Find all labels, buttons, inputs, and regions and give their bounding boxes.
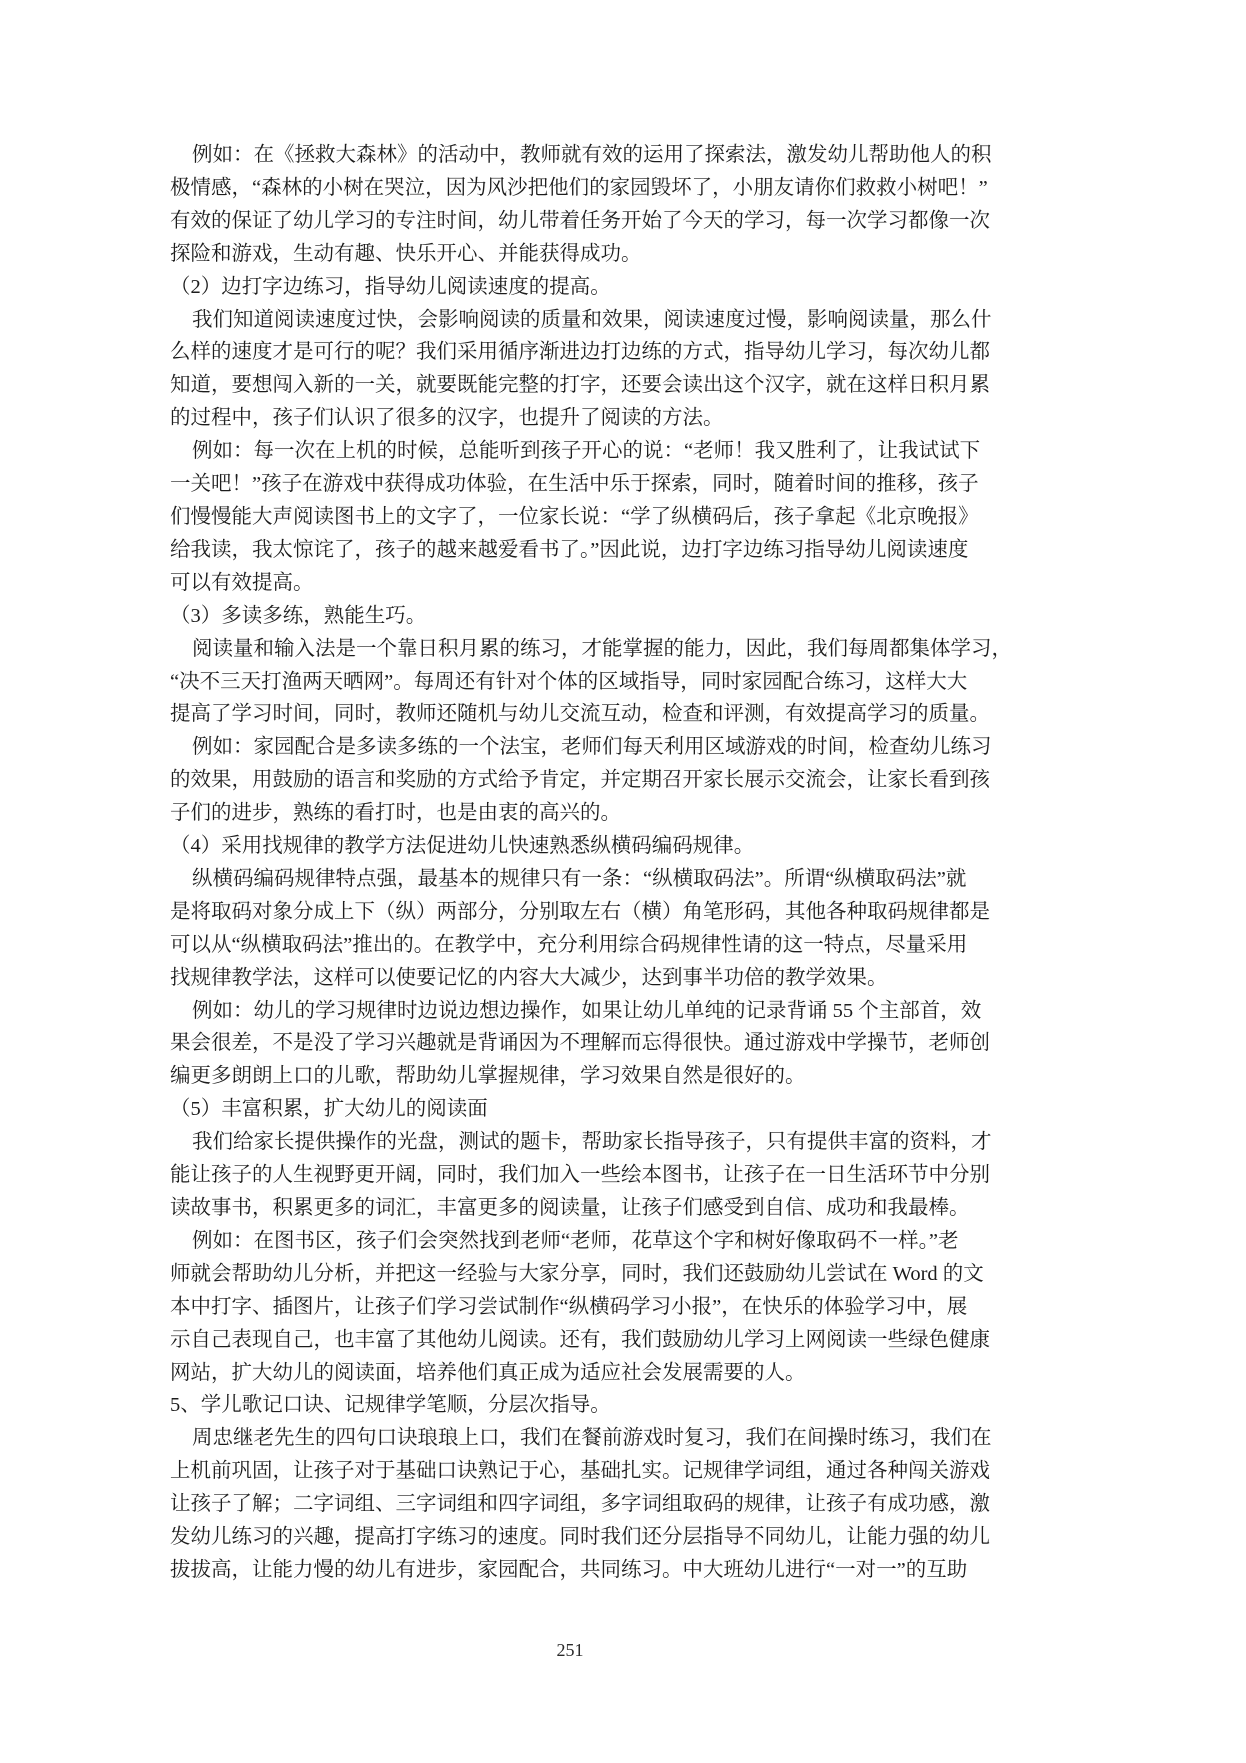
- text-line: 本中打字、插图片，让孩子们学习尝试制作“纵横码学习小报”，在快乐的体验学习中，展: [170, 1291, 970, 1324]
- text-line: “决不三天打渔两天晒网”。每周还有针对个体的区域指导，同时家园配合练习，这样大大: [170, 666, 970, 699]
- text-line: 找规律教学法，这样可以使要记忆的内容大大减少，达到事半功倍的教学效果。: [170, 962, 970, 995]
- text-line: 子们的进步，熟练的看打时，也是由衷的高兴的。: [170, 797, 970, 830]
- document-lines: 例如：在《拯救大森林》的活动中，教师就有效的运用了探索法，激发幼儿帮助他人的积极…: [170, 139, 970, 1587]
- text-line: 可以有效提高。: [170, 567, 970, 600]
- text-line: 能让孩子的人生视野更开阔，同时，我们加入一些绘本图书，让孩子在一日生活环节中分别: [170, 1159, 970, 1192]
- text-line: 们慢慢能大声阅读图书上的文字了，一位家长说：“学了纵横码后，孩子拿起《北京晚报》: [170, 501, 970, 534]
- text-line: 例如：家园配合是多读多练的一个法宝，老师们每天利用区域游戏的时间，检查幼儿练习: [170, 731, 970, 764]
- text-line: 例如：每一次在上机的时候，总能听到孩子开心的说：“老师！我又胜利了，让我试试下: [170, 435, 970, 468]
- text-line: （3）多读多练，熟能生巧。: [170, 600, 970, 633]
- text-line: 知道，要想闯入新的一关，就要既能完整的打字，还要会读出这个汉字，就在这样日积月累: [170, 369, 970, 402]
- text-line: 果会很差，不是没了学习兴趣就是背诵因为不理解而忘得很快。通过游戏中学操节，老师创: [170, 1027, 970, 1060]
- text-line: 示自己表现自己，也丰富了其他幼儿阅读。还有，我们鼓励幼儿学习上网阅读一些绿色健康: [170, 1324, 970, 1357]
- text-line: 是将取码对象分成上下（纵）两部分，分别取左右（横）角笔形码，其他各种取码规律都是: [170, 896, 970, 929]
- text-line: 我们给家长提供操作的光盘，测试的题卡，帮助家长指导孩子，只有提供丰富的资料，才: [170, 1126, 970, 1159]
- text-line: 一关吧！”孩子在游戏中获得成功体验，在生活中乐于探索，同时，随着时间的推移，孩子: [170, 468, 970, 501]
- text-line: 5、学儿歌记口诀、记规律学笔顺，分层次指导。: [170, 1389, 970, 1422]
- text-line: 探险和游戏，生动有趣、快乐开心、并能获得成功。: [170, 238, 970, 271]
- text-line: 的过程中，孩子们认识了很多的汉字，也提升了阅读的方法。: [170, 402, 970, 435]
- text-line: 么样的速度才是可行的呢？我们采用循序渐进边打边练的方式，指导幼儿学习，每次幼儿都: [170, 336, 970, 369]
- text-line: 的效果，用鼓励的语言和奖励的方式给予肯定，并定期召开家长展示交流会，让家长看到孩: [170, 764, 970, 797]
- text-line: 提高了学习时间，同时，教师还随机与幼儿交流互动，检查和评测，有效提高学习的质量。: [170, 698, 970, 731]
- text-line: 拔拔高，让能力慢的幼儿有进步，家园配合，共同练习。中大班幼儿进行“一对一”的互助: [170, 1554, 970, 1587]
- text-line: 给我读，我太惊诧了，孩子的越来越爱看书了。”因此说，边打字边练习指导幼儿阅读速度: [170, 534, 970, 567]
- text-line: 有效的保证了幼儿学习的专注时间，幼儿带着任务开始了今天的学习，每一次学习都像一次: [170, 205, 970, 238]
- text-line: 可以从“纵横取码法”推出的。在教学中，充分利用综合码规律性请的这一特点，尽量采用: [170, 929, 970, 962]
- text-line: 例如：在图书区，孩子们会突然找到老师“老师，花草这个字和树好像取码不一样。”老: [170, 1225, 970, 1258]
- text-line: 编更多朗朗上口的儿歌，帮助幼儿掌握规律，学习效果自然是很好的。: [170, 1060, 970, 1093]
- text-line: 上机前巩固，让孩子对于基础口诀熟记于心，基础扎实。记规律学词组，通过各种闯关游戏: [170, 1455, 970, 1488]
- text-line: 让孩子了解；二字词组、三字词组和四字词组，多字词组取码的规律，让孩子有成功感，激: [170, 1488, 970, 1521]
- page-number: 251: [170, 1640, 970, 1661]
- text-line: 读故事书，积累更多的词汇，丰富更多的阅读量，让孩子们感受到自信、成功和我最棒。: [170, 1192, 970, 1225]
- text-line: 我们知道阅读速度过快，会影响阅读的质量和效果，阅读速度过慢，影响阅读量，那么什: [170, 304, 970, 337]
- text-line: 阅读量和输入法是一个靠日积月累的练习，才能掌握的能力，因此，我们每周都集体学习，: [170, 633, 970, 666]
- text-line: 师就会帮助幼儿分析，并把这一经验与大家分享，同时，我们还鼓励幼儿尝试在 Word…: [170, 1258, 970, 1291]
- text-line: 网站，扩大幼儿的阅读面，培养他们真正成为适应社会发展需要的人。: [170, 1357, 970, 1390]
- text-line: 周忠继老先生的四句口诀琅琅上口，我们在餐前游戏时复习，我们在间操时练习，我们在: [170, 1422, 970, 1455]
- text-line: （2）边打字边练习，指导幼儿阅读速度的提高。: [170, 271, 970, 304]
- text-line: 纵横码编码规律特点强，最基本的规律只有一条：“纵横取码法”。所谓“纵横取码法”就: [170, 863, 970, 896]
- text-line: 极情感，“森林的小树在哭泣，因为风沙把他们的家园毁坏了，小朋友请你们救救小树吧！…: [170, 172, 970, 205]
- text-line: （5）丰富积累，扩大幼儿的阅读面: [170, 1093, 970, 1126]
- text-line: （4）采用找规律的教学方法促进幼儿快速熟悉纵横码编码规律。: [170, 830, 970, 863]
- text-line: 例如：在《拯救大森林》的活动中，教师就有效的运用了探索法，激发幼儿帮助他人的积: [170, 139, 970, 172]
- document-page: 例如：在《拯救大森林》的活动中，教师就有效的运用了探索法，激发幼儿帮助他人的积极…: [0, 0, 1246, 1763]
- text-line: 例如：幼儿的学习规律时边说边想边操作，如果让幼儿单纯的记录背诵 55 个主部首，…: [170, 995, 970, 1028]
- text-line: 发幼儿练习的兴趣，提高打字练习的速度。同时我们还分层指导不同幼儿，让能力强的幼儿: [170, 1521, 970, 1554]
